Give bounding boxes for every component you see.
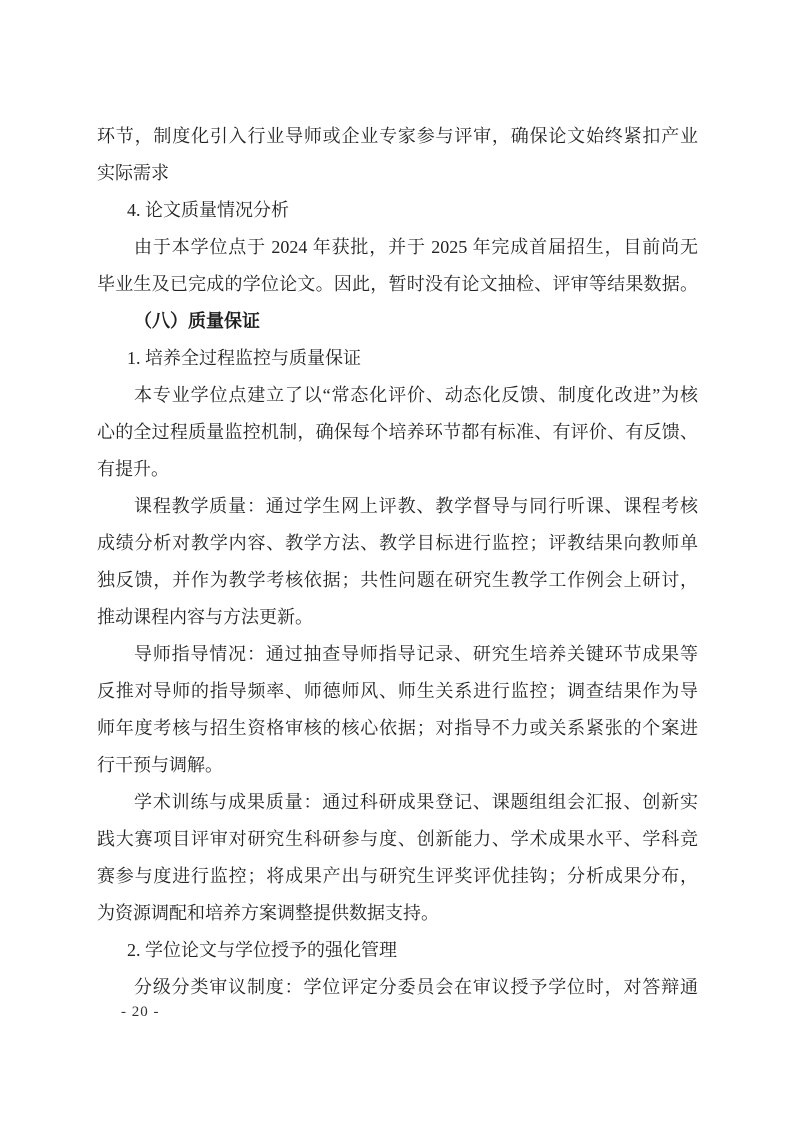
page-number: - 20 - <box>121 1002 160 1022</box>
text-line: 环节，制度化引入行业导师或企业专家参与评审，确保论文始终紧扣产业 <box>97 118 698 155</box>
text-line: 分级分类审议制度：学位评定分委员会在审议授予学位时，对答辩通 <box>97 969 698 1006</box>
text-line: 独反馈，并作为教学考核依据；共性问题在研究生教学工作例会上研讨， <box>97 562 698 599</box>
text-line: 课程教学质量：通过学生网上评教、教学督导与同行听课、课程考核 <box>97 488 698 525</box>
text-line: 由于本学位点于 2024 年获批，并于 2025 年完成首届招生，目前尚无 <box>97 229 698 266</box>
text-line: 心的全过程质量监控机制，确保每个培养环节都有标准、有评价、有反馈、 <box>97 414 698 451</box>
text-line: 本专业学位点建立了以“常态化评价、动态化反馈、制度化改进”为核 <box>97 377 698 414</box>
text-line: 行干预与调解。 <box>97 747 698 784</box>
text-line: 导师指导情况：通过抽查导师指导记录、研究生培养关键环节成果等 <box>97 636 698 673</box>
text-line: 有提升。 <box>97 451 698 488</box>
text-line: 反推对导师的指导频率、师德师风、师生关系进行监控；调查结果作为导 <box>97 673 698 710</box>
numbered-heading: 1. 培养全过程监控与质量保证 <box>97 340 698 377</box>
text-line: 践大赛项目评审对研究生科研参与度、创新能力、学术成果水平、学科竞 <box>97 821 698 858</box>
section-heading: （八）质量保证 <box>97 303 698 340</box>
numbered-heading: 2. 学位论文与学位授予的强化管理 <box>97 932 698 969</box>
text-line: 为资源调配和培养方案调整提供数据支持。 <box>97 895 698 932</box>
text-line: 师年度考核与招生资格审核的核心依据；对指导不力或关系紧张的个案进 <box>97 710 698 747</box>
document-page: 环节，制度化引入行业导师或企业专家参与评审，确保论文始终紧扣产业 实际需求 4.… <box>0 0 794 1123</box>
text-line: 推动课程内容与方法更新。 <box>97 599 698 636</box>
numbered-heading: 4. 论文质量情况分析 <box>97 192 698 229</box>
text-line: 学术训练与成果质量：通过科研成果登记、课题组组会汇报、创新实 <box>97 784 698 821</box>
document-body: 环节，制度化引入行业导师或企业专家参与评审，确保论文始终紧扣产业 实际需求 4.… <box>97 118 698 1006</box>
text-line: 毕业生及已完成的学位论文。因此，暂时没有论文抽检、评审等结果数据。 <box>97 266 698 303</box>
text-line: 实际需求 <box>97 155 698 192</box>
text-line: 成绩分析对教学内容、教学方法、教学目标进行监控；评教结果向教师单 <box>97 525 698 562</box>
text-line: 赛参与度进行监控；将成果产出与研究生评奖评优挂钩；分析成果分布， <box>97 858 698 895</box>
